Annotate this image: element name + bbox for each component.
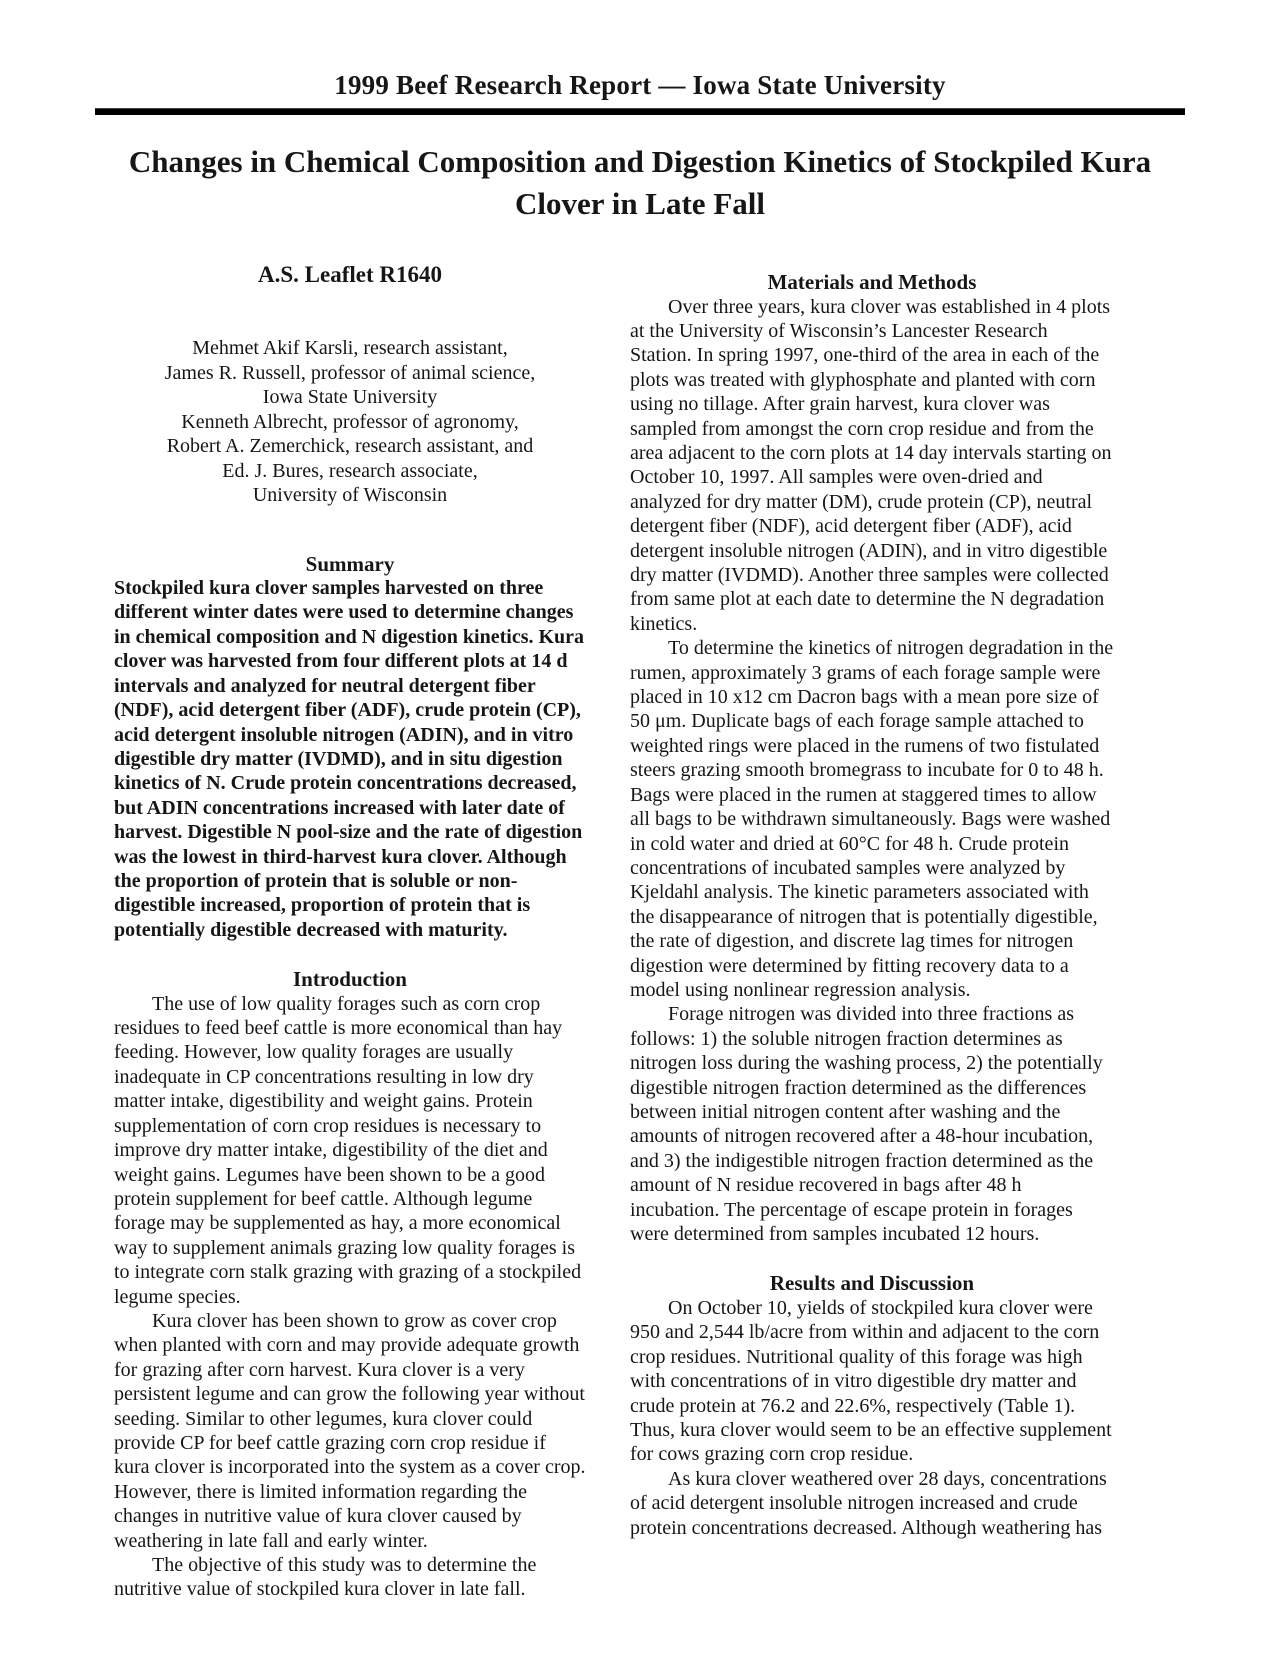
article-title: Changes in Chemical Composition and Dige… — [120, 141, 1160, 224]
left-column: A.S. Leaflet R1640 Mehmet Akif Karsli, r… — [114, 260, 586, 1602]
author-affiliation: University of Wisconsin — [114, 483, 586, 508]
materials-paragraph-3: Forage nitrogen was divided into three f… — [630, 1002, 1114, 1246]
summary-paragraph: Stockpiled kura clover samples harvested… — [114, 576, 586, 942]
results-paragraph-2: As kura clover weathered over 28 days, c… — [630, 1467, 1114, 1540]
summary-heading: Summary — [114, 552, 586, 577]
author-line: Robert A. Zemerchick, research assistant… — [114, 434, 586, 459]
right-column: Materials and Methods Over three years, … — [630, 260, 1114, 1602]
author-list: Mehmet Akif Karsli, research assistant, … — [114, 336, 586, 508]
introduction-paragraph-2: Kura clover has been shown to grow as co… — [114, 1309, 586, 1553]
materials-paragraph-1: Over three years, kura clover was establ… — [630, 295, 1114, 637]
running-head: 1999 Beef Research Report — Iowa State U… — [95, 0, 1185, 101]
results-paragraph-1: On October 10, yields of stockpiled kura… — [630, 1296, 1114, 1467]
author-line: Ed. J. Bures, research associate, — [114, 459, 586, 484]
scanned-paper-page: 1999 Beef Research Report — Iowa State U… — [0, 0, 1280, 1656]
leaflet-number: A.S. Leaflet R1640 — [114, 262, 586, 288]
materials-paragraph-2: To determine the kinetics of nitrogen de… — [630, 636, 1114, 1002]
author-line: James R. Russell, professor of animal sc… — [114, 361, 586, 386]
materials-heading: Materials and Methods — [630, 270, 1114, 295]
header-rule — [95, 108, 1185, 115]
results-heading: Results and Discussion — [630, 1271, 1114, 1296]
author-line: Kenneth Albrecht, professor of agronomy, — [114, 410, 586, 435]
author-affiliation: Iowa State University — [114, 385, 586, 410]
author-line: Mehmet Akif Karsli, research assistant, — [114, 336, 586, 361]
introduction-paragraph-3: The objective of this study was to deter… — [114, 1553, 586, 1602]
introduction-heading: Introduction — [114, 967, 586, 992]
two-column-body: A.S. Leaflet R1640 Mehmet Akif Karsli, r… — [114, 260, 1280, 1602]
introduction-paragraph-1: The use of low quality forages such as c… — [114, 992, 586, 1309]
